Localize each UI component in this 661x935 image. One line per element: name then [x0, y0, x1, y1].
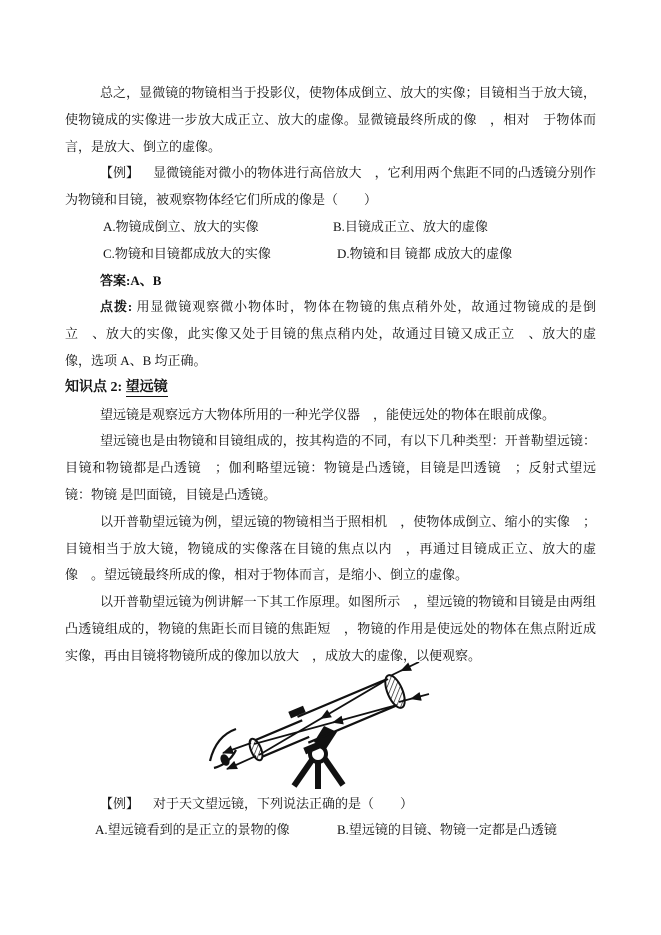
- example2-question: 对于天文望远镜，下列说法正确的是（ ）: [153, 796, 413, 811]
- paragraph-kepler-imaging: 以开普勒望远镜为例，望远镜的物镜相当于照相机 ，使物体成倒立、缩小的实像 ；目镜…: [65, 509, 596, 589]
- paragraph-telescope-types: 望远镜也是由物镜和目镜组成的，按其构造的不同，有以下几种类型：开普勒望远镜：目镜…: [65, 428, 596, 508]
- section-heading-prefix: 知识点 2:: [65, 380, 126, 395]
- document-page: 总之，显微镜的物镜相当于投影仪，使物体成倒立、放大的实像；目镜相当于放大镜，使物…: [0, 0, 661, 935]
- example2-marker: 【例】: [100, 796, 139, 811]
- paragraph-microscope-summary: 总之，显微镜的物镜相当于投影仪，使物体成倒立、放大的实像；目镜相当于放大镜，使物…: [65, 80, 596, 160]
- example1-options-row2: C.物镜和目镜都成放大的实像D.物镜和目 镜都 成放大的虚像: [65, 241, 596, 268]
- example2-option-b: B.望远镜的目镜、物镜一定都是凸透镜: [337, 822, 557, 837]
- hint-label: 点拨:: [100, 299, 132, 314]
- section-heading-knowledge-point-2: 知识点 2: 望远镜: [65, 375, 596, 402]
- hint-text: 用显微镜观察微小物体时，物体在物镜的焦点稍外处，故通过物镜成的是倒立 、放大的实…: [65, 299, 596, 368]
- example2-option-a: A.望远镜看到的是正立的景物的像: [95, 817, 337, 844]
- paragraph-kepler-principle: 以开普勒望远镜为例讲解一下其工作原理。如图所示 ，望远镜的物镜和目镜是由两组凸透…: [65, 589, 596, 669]
- example2-options-row: A.望远镜看到的是正立的景物的像B.望远镜的目镜、物镜一定都是凸透镜: [65, 817, 596, 844]
- section-heading-title-underlined: 望远镜: [126, 380, 168, 397]
- example1-options-row1: A.物镜成倒立、放大的实像B.目镜成正立、放大的虚像: [65, 214, 596, 241]
- telescope-ray-diagram: [185, 662, 435, 794]
- example1-hint: 点拨: 用显微镜观察微小物体时，物体在物镜的焦点稍外处，故通过物镜成的是倒立 、…: [65, 294, 596, 374]
- answer-label: 答案:: [100, 273, 130, 288]
- example1-marker: 【例】: [100, 165, 139, 180]
- example2-question-paragraph: 【例】对于天文望远镜，下列说法正确的是（ ）: [65, 791, 596, 818]
- paragraph-telescope-intro: 望远镜是观察远方大物体所用的一种光学仪器 ，能使远处的物体在眼前成像。: [65, 402, 596, 429]
- figure-telescope: [65, 670, 596, 791]
- document-body: 总之，显微镜的物镜相当于投影仪，使物体成倒立、放大的实像；目镜相当于放大镜，使物…: [0, 0, 661, 844]
- tripod-icon: [294, 726, 343, 789]
- example1-option-d: D.物镜和目 镜都 成放大的虚像: [337, 246, 512, 261]
- example1-option-b: B.目镜成正立、放大的虚像: [333, 219, 488, 234]
- answer-value: A、B: [130, 273, 161, 288]
- example1-option-a: A.物镜成倒立、放大的实像: [103, 214, 333, 241]
- example1-answer: 答案:A、B: [65, 268, 596, 295]
- example1-option-c: C.物镜和目镜都成放大的实像: [103, 241, 337, 268]
- example1-question: 显微镜能对微小的物体进行高倍放大 ，它利用两个焦距不同的凸透镜分别作为物镜和目镜…: [65, 165, 596, 207]
- eye-icon: [210, 729, 236, 768]
- example1-question-paragraph: 【例】显微镜能对微小的物体进行高倍放大 ，它利用两个焦距不同的凸透镜分别作为物镜…: [65, 160, 596, 214]
